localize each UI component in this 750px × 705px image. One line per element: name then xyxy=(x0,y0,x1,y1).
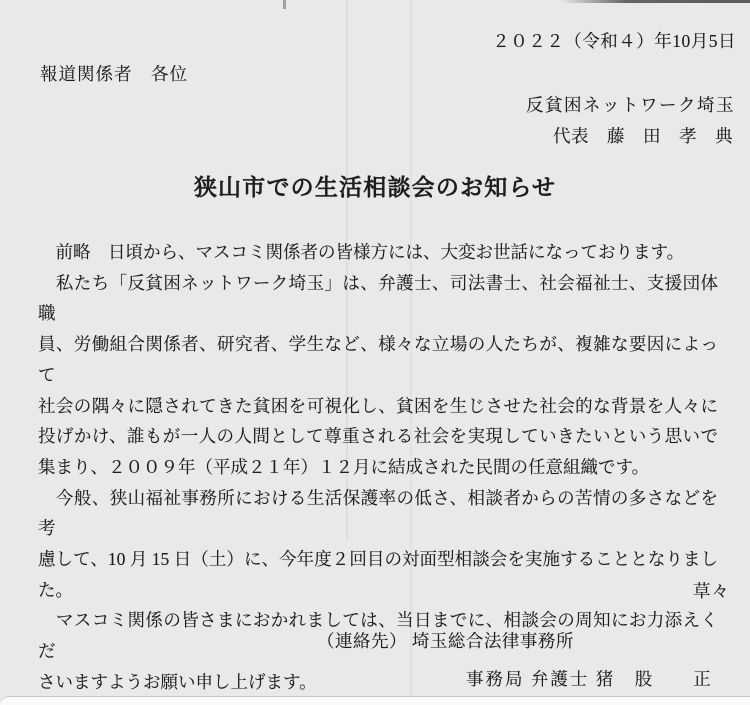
recipient-line: 報道関係者 各位 xyxy=(40,61,188,86)
scan-mark xyxy=(283,0,286,9)
body-line: た。 xyxy=(38,575,718,606)
body-line: 社会の隅々に隠されてきた貧困を可視化し、貧困を生じさせた社会的な背景を人々に xyxy=(38,391,718,422)
document-title: 狭山市での生活相談会のお知らせ xyxy=(0,169,750,202)
scanned-press-release: { "page": { "paper_color": "#e9e9e7", "i… xyxy=(0,0,750,705)
body-line: 今般、狭山福祉事務所における生活保護率の低さ、相談者からの苦情の多さなどを考 xyxy=(38,483,718,544)
body-line: 前略 日頃から、マスコミ関係者の皆様方には、大変お世話になっております。 xyxy=(38,237,718,268)
body-line: 慮して、10 月 15 日（土）に、今年度２回目の対面型相談会を実施することとな… xyxy=(38,544,718,575)
body-line: 投げかけ、誰もが一人の人間として尊重される社会を実現していきたいという思いで xyxy=(38,421,718,452)
body-line: 私たち「反貧困ネットワーク埼玉」は、弁護士、司法書士、社会福祉士、支援団体職 xyxy=(38,268,718,329)
sender-organization: 反貧困ネットワーク埼玉 xyxy=(526,92,735,117)
document-date: ２０２２（令和４）年10月5日 xyxy=(492,28,736,53)
signature-line: 事務局 弁護士 猪 股 正 xyxy=(466,666,713,691)
body-line: 集まり、２００９年（平成２１年）１２月に結成された民間の任意組織です。 xyxy=(38,452,718,483)
scan-top-edge xyxy=(560,0,750,3)
closing-word: 草々 xyxy=(693,578,730,603)
body-line: 員、労働組合関係者、研究者、学生など、様々な立場の人たちが、複雑な要因によって xyxy=(38,329,718,390)
sender-representative: 代表 藤 田 孝 典 xyxy=(553,123,733,148)
contact-line: （連絡先） 埼玉総合法律事務所 xyxy=(317,628,574,653)
